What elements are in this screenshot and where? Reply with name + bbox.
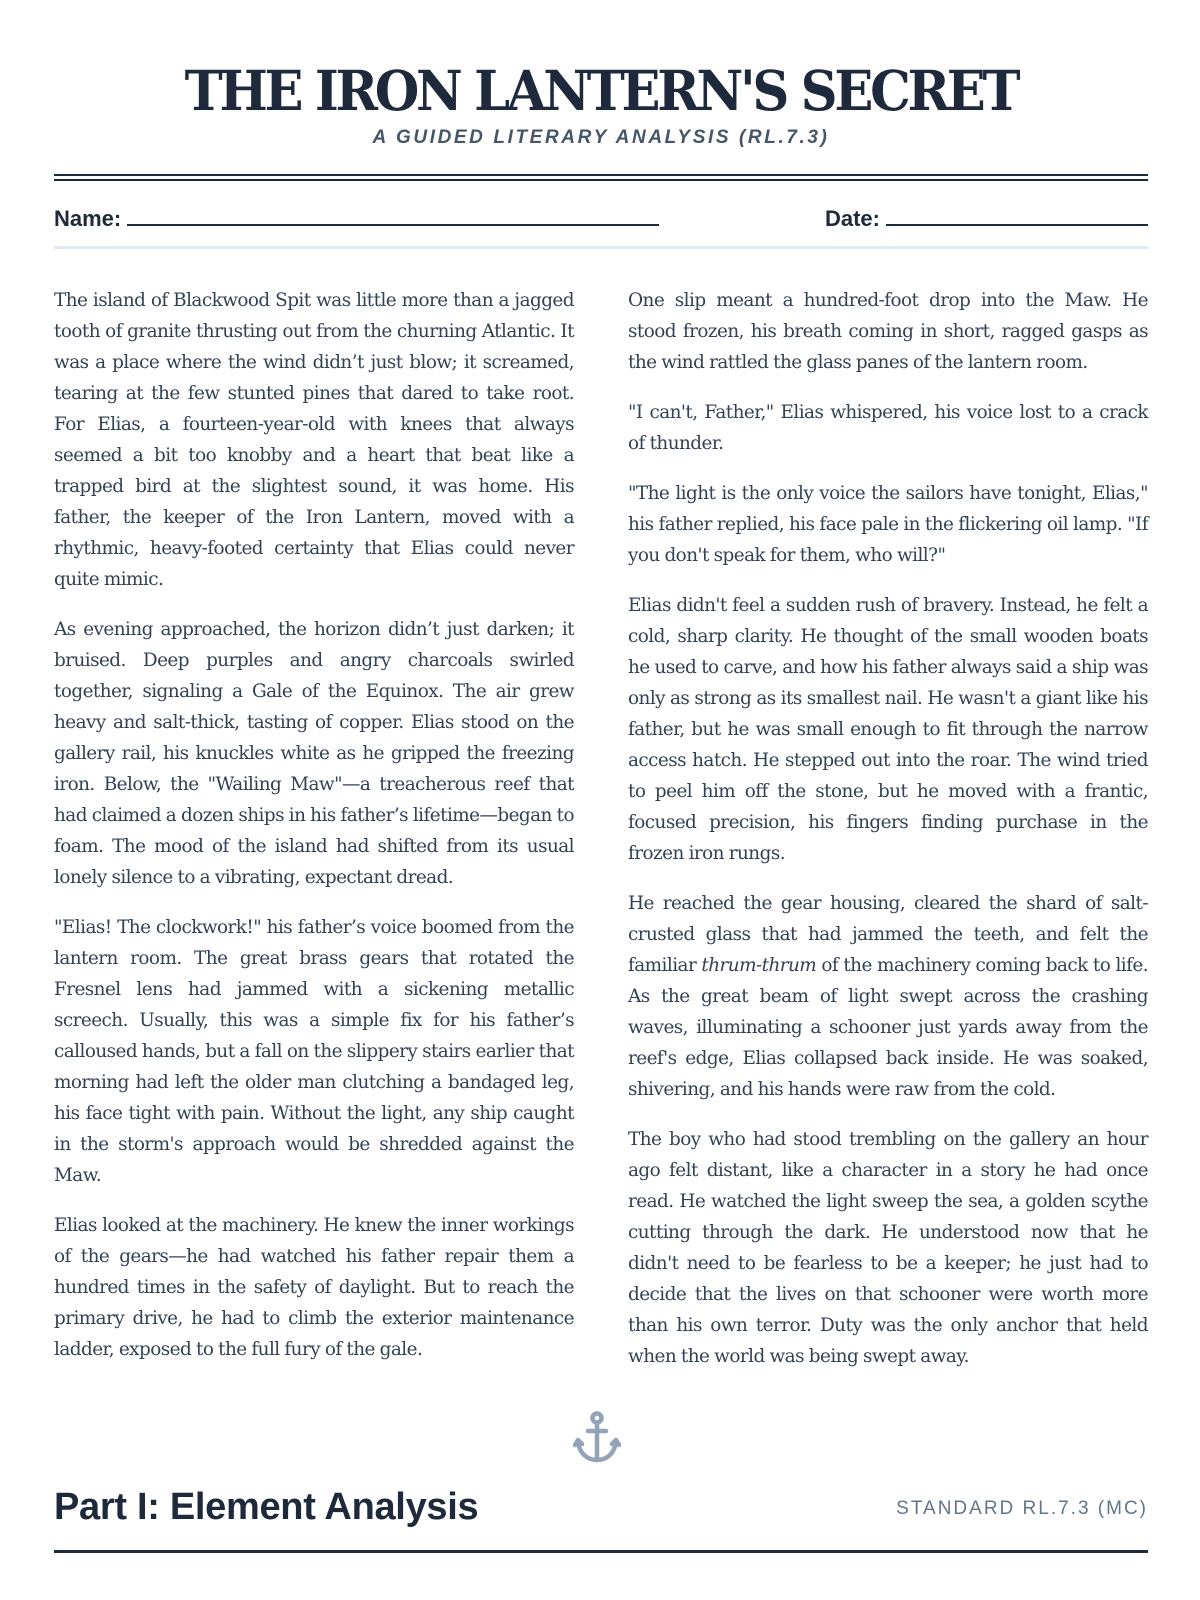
story-column-right: One slip meant a hundred-foot drop into … (628, 285, 1148, 1391)
story-paragraph: He reached the gear housing, cleared the… (628, 888, 1148, 1105)
date-blank-line[interactable] (886, 206, 1148, 226)
name-field[interactable]: Name: (54, 206, 659, 232)
story-paragraph: "The light is the only voice the sailors… (628, 478, 1148, 571)
worksheet-title: THE IRON LANTERN'S SECRET (92, 56, 1109, 126)
name-blank-line[interactable] (127, 206, 659, 226)
story-paragraph: The boy who had stood trembling on the g… (628, 1124, 1148, 1372)
date-field[interactable]: Date: (825, 206, 1148, 232)
story-column-left: The island of Blackwood Spit was little … (54, 285, 574, 1384)
anchor-icon (573, 1410, 621, 1466)
story-paragraph: "I can't, Father," Elias whispered, his … (628, 397, 1148, 459)
story-paragraph: Elias didn't feel a sudden rush of brave… (628, 590, 1148, 869)
standard-label: STANDARD RL.7.3 (MC) (896, 1498, 1148, 1520)
header-light-rule (54, 246, 1148, 249)
student-info-row: Name: Date: (54, 206, 1148, 236)
italic-onomatopoeia: thrum-thrum (701, 955, 816, 976)
date-label: Date: (825, 206, 880, 231)
section-rule (54, 1550, 1148, 1553)
story-paragraph: One slip meant a hundred-foot drop into … (628, 285, 1148, 378)
story-paragraph: Elias looked at the machinery. He knew t… (54, 1210, 574, 1365)
header-double-rule (54, 174, 1148, 181)
name-label: Name: (54, 206, 121, 231)
section-title: Part I: Element Analysis (54, 1486, 478, 1529)
story-paragraph: "Elias! The clockwork!" his father’s voi… (54, 912, 574, 1191)
paragraph-text: of the machinery coming back to life. As… (628, 955, 1148, 1100)
worksheet-subtitle: A GUIDED LITERARY ANALYSIS (RL.7.3) (54, 127, 1148, 149)
story-paragraph: As evening approached, the horizon didn’… (54, 614, 574, 893)
story-paragraph: The island of Blackwood Spit was little … (54, 285, 574, 595)
